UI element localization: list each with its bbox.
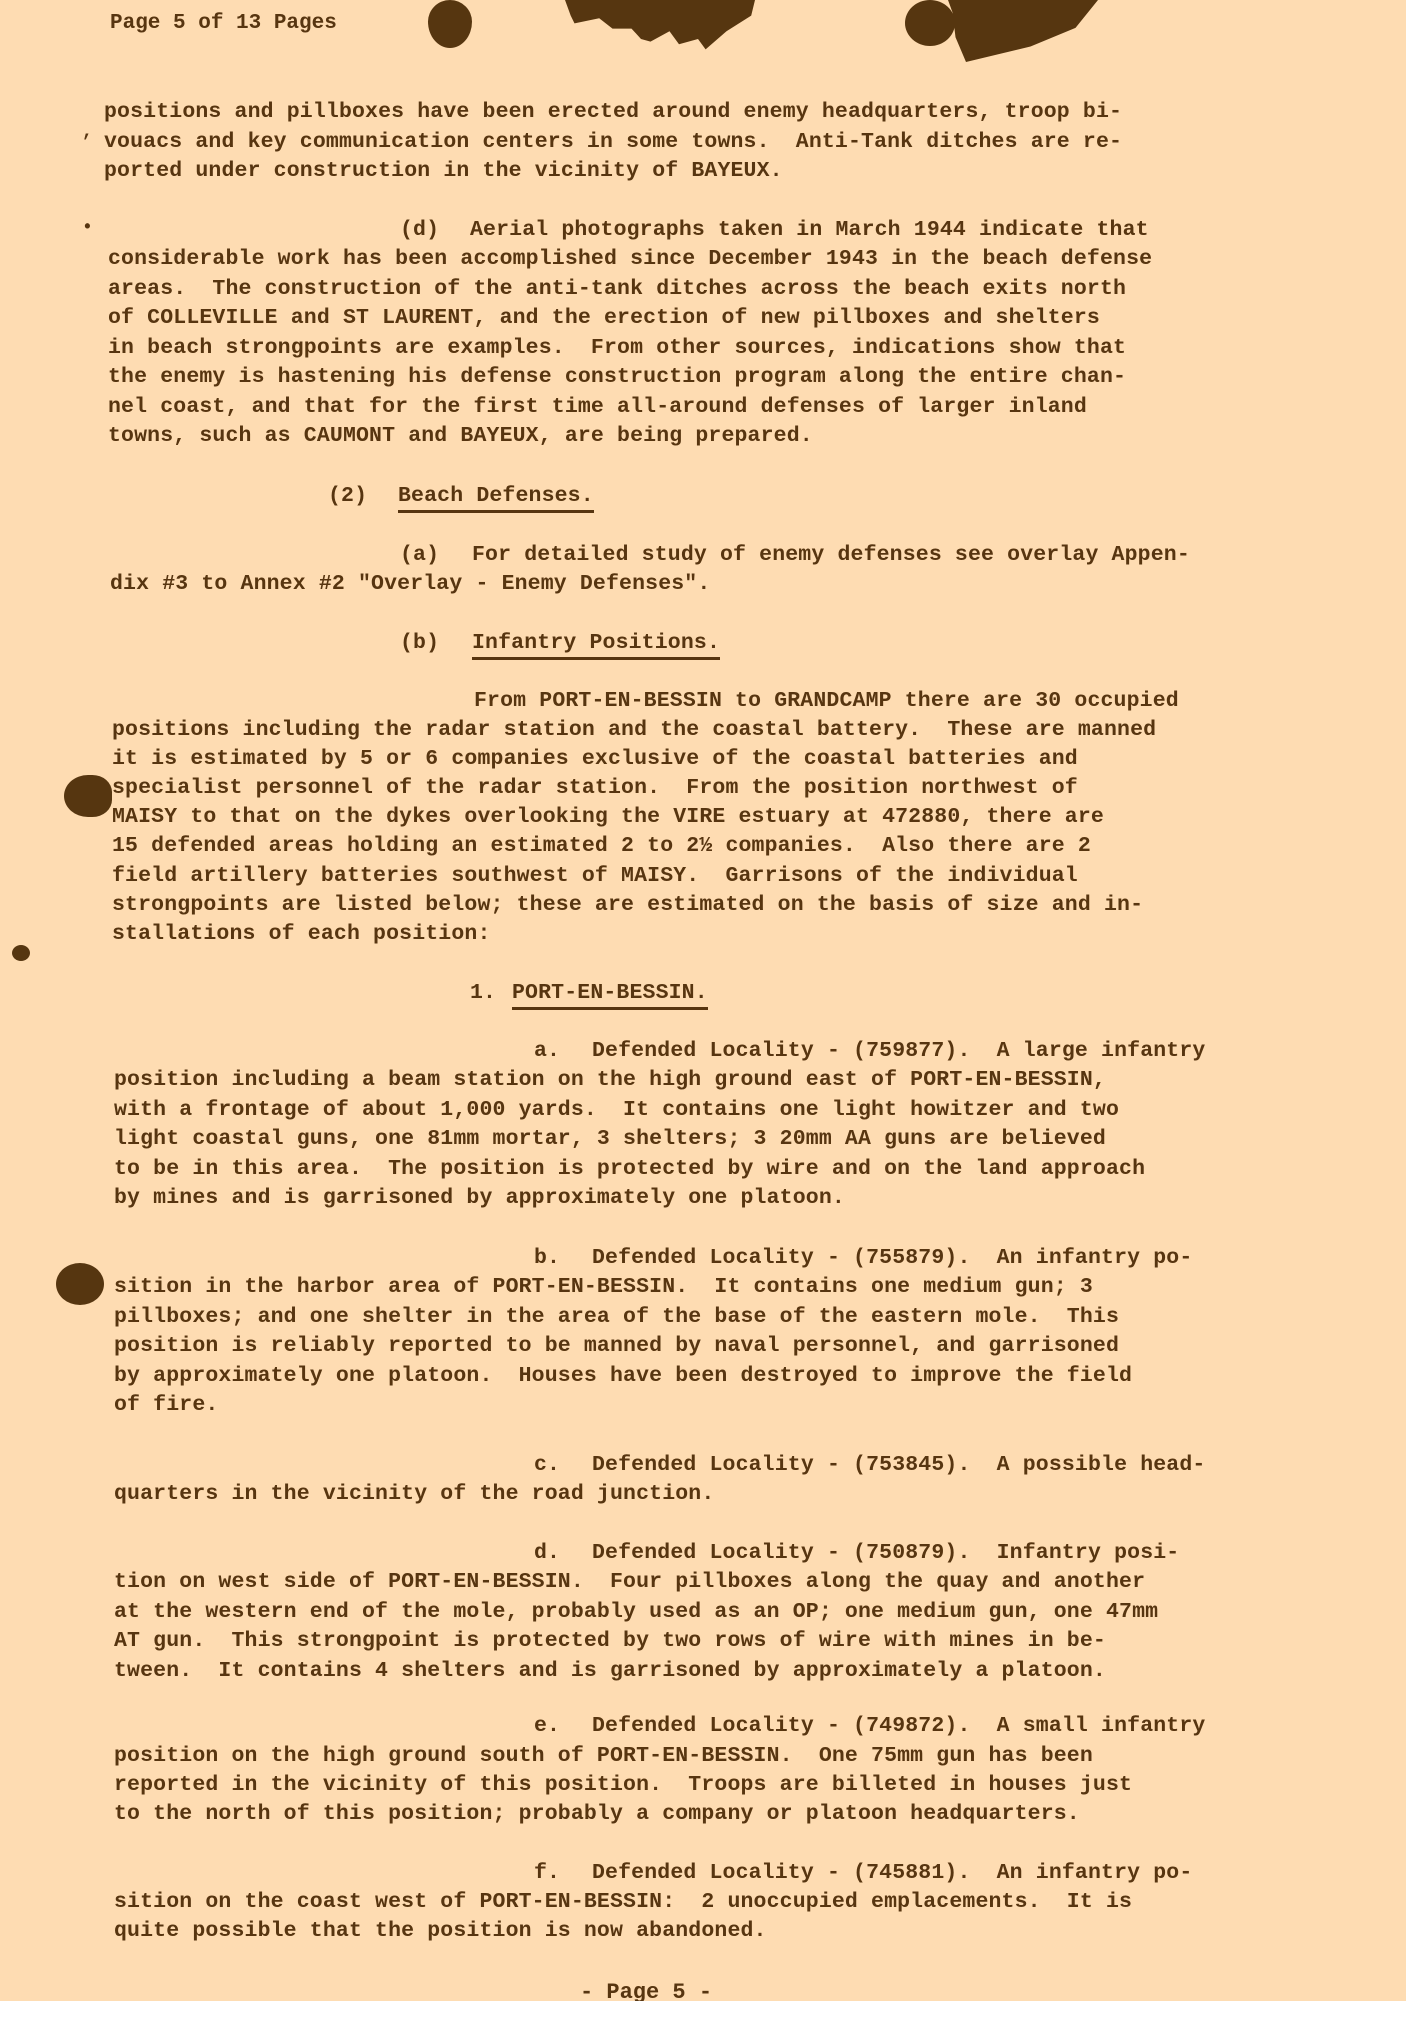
- locality-label: f.: [534, 1861, 560, 1885]
- text-line: Aerial photographs taken in March 1944 i…: [470, 218, 1149, 242]
- text-line: by approximately one platoon. Houses hav…: [114, 1364, 1132, 1388]
- text-line: specialist personnel of the radar statio…: [112, 776, 1078, 800]
- ink-blot: [64, 775, 112, 817]
- text-line: sition in the harbor area of PORT-EN-BES…: [114, 1275, 1093, 1299]
- text-line: tion on west side of PORT-EN-BESSIN. Fou…: [114, 1570, 1145, 1594]
- text-line: position is reliably reported to be mann…: [114, 1334, 1119, 1358]
- para-label: (d): [400, 218, 439, 242]
- ink-blot: [428, 0, 472, 48]
- text-line: tween. It contains 4 shelters and is gar…: [114, 1659, 1106, 1683]
- locality-label: c.: [534, 1453, 560, 1477]
- text-line: considerable work has been accomplished …: [108, 247, 1152, 271]
- text-line: light coastal guns, one 81mm mortar, 3 s…: [114, 1127, 1106, 1151]
- text-line: field artillery batteries southwest of M…: [112, 864, 1078, 888]
- locality-label: a.: [534, 1039, 560, 1063]
- text-line: to the north of this position; probably …: [114, 1802, 1080, 1826]
- ink-blot: [565, 0, 755, 52]
- text-line: quarters in the vicinity of the road jun…: [114, 1482, 714, 1506]
- para-label: (a): [400, 543, 439, 567]
- locality-heading: Defended Locality - (750879). Infantry p…: [592, 1541, 1179, 1565]
- stray-mark: ,: [82, 122, 93, 142]
- text-line: at the western end of the mole, probably…: [114, 1600, 1158, 1624]
- text-line: AT gun. This strongpoint is protected by…: [114, 1629, 1106, 1653]
- ink-blot: [948, 0, 1098, 62]
- text-line: stallations of each position:: [112, 922, 491, 946]
- para-label: (b): [400, 631, 439, 655]
- scan-edge: [0, 2001, 1406, 2025]
- text-line: dix #3 to Annex #2 "Overlay - Enemy Defe…: [110, 572, 710, 596]
- locality-label: b.: [534, 1246, 560, 1270]
- text-line: From PORT-EN-BESSIN to GRANDCAMP there a…: [474, 689, 1179, 713]
- text-line: towns, such as CAUMONT and BAYEUX, are b…: [108, 424, 813, 448]
- text-line: positions including the radar station an…: [112, 718, 1156, 742]
- text-line: 15 defended areas holding an estimated 2…: [112, 834, 1091, 858]
- locality-heading: Defended Locality - (749872). A small in…: [592, 1714, 1205, 1738]
- text-line: of COLLEVILLE and ST LAURENT, and the er…: [108, 306, 1100, 330]
- text-line: pillboxes; and one shelter in the area o…: [114, 1305, 1119, 1329]
- subsection-title: PORT-EN-BESSIN.: [512, 981, 708, 1010]
- text-line: MAISY to that on the dykes overlooking t…: [112, 805, 1104, 829]
- locality-label: e.: [534, 1714, 560, 1738]
- page-header: Page 5 of 13 Pages: [110, 12, 337, 35]
- text-line: strongpoints are listed below; these are…: [112, 893, 1143, 917]
- locality-heading: Defended Locality - (745881). An infantr…: [592, 1861, 1192, 1885]
- text-line: areas. The construction of the anti-tank…: [108, 277, 1126, 301]
- ink-blot: [905, 0, 955, 46]
- text-line: by mines and is garrisoned by approximat…: [114, 1186, 845, 1210]
- text-line: sition on the coast west of PORT-EN-BESS…: [114, 1890, 1132, 1914]
- ink-blot: [12, 945, 30, 961]
- locality-heading: Defended Locality - (755879). An infantr…: [592, 1246, 1192, 1270]
- subsection-label: 1.: [470, 981, 496, 1005]
- text-line: with a frontage of about 1,000 yards. It…: [114, 1098, 1119, 1122]
- text-line: nel coast, and that for the first time a…: [108, 395, 1087, 419]
- text-line: in beach strongpoints are examples. From…: [108, 336, 1126, 360]
- text-line: it is estimated by 5 or 6 companies excl…: [112, 747, 1078, 771]
- bullet-mark: •: [82, 218, 93, 238]
- text-line: positions and pillboxes have been erecte…: [104, 100, 1122, 124]
- locality-label: d.: [534, 1541, 560, 1565]
- section-label: (2): [328, 484, 367, 508]
- text-line: position including a beam station on the…: [114, 1068, 1106, 1092]
- text-line: vouacs and key communication centers in …: [104, 130, 1122, 154]
- text-line: of fire.: [114, 1393, 218, 1417]
- text-line: ported under construction in the vicinit…: [104, 159, 783, 183]
- text-line: quite possible that the position is now …: [114, 1919, 767, 1943]
- text-line: the enemy is hastening his defense const…: [108, 365, 1126, 389]
- text-line: position on the high ground south of POR…: [114, 1744, 1093, 1768]
- text-line: For detailed study of enemy defenses see…: [472, 543, 1190, 567]
- subsection-title: Infantry Positions.: [472, 631, 720, 660]
- text-line: reported in the vicinity of this positio…: [114, 1773, 1132, 1797]
- text-line: to be in this area. The position is prot…: [114, 1157, 1145, 1181]
- section-title: Beach Defenses.: [398, 484, 594, 513]
- locality-heading: Defended Locality - (759877). A large in…: [592, 1039, 1205, 1063]
- locality-heading: Defended Locality - (753845). A possible…: [592, 1453, 1205, 1477]
- ink-blot: [56, 1263, 104, 1305]
